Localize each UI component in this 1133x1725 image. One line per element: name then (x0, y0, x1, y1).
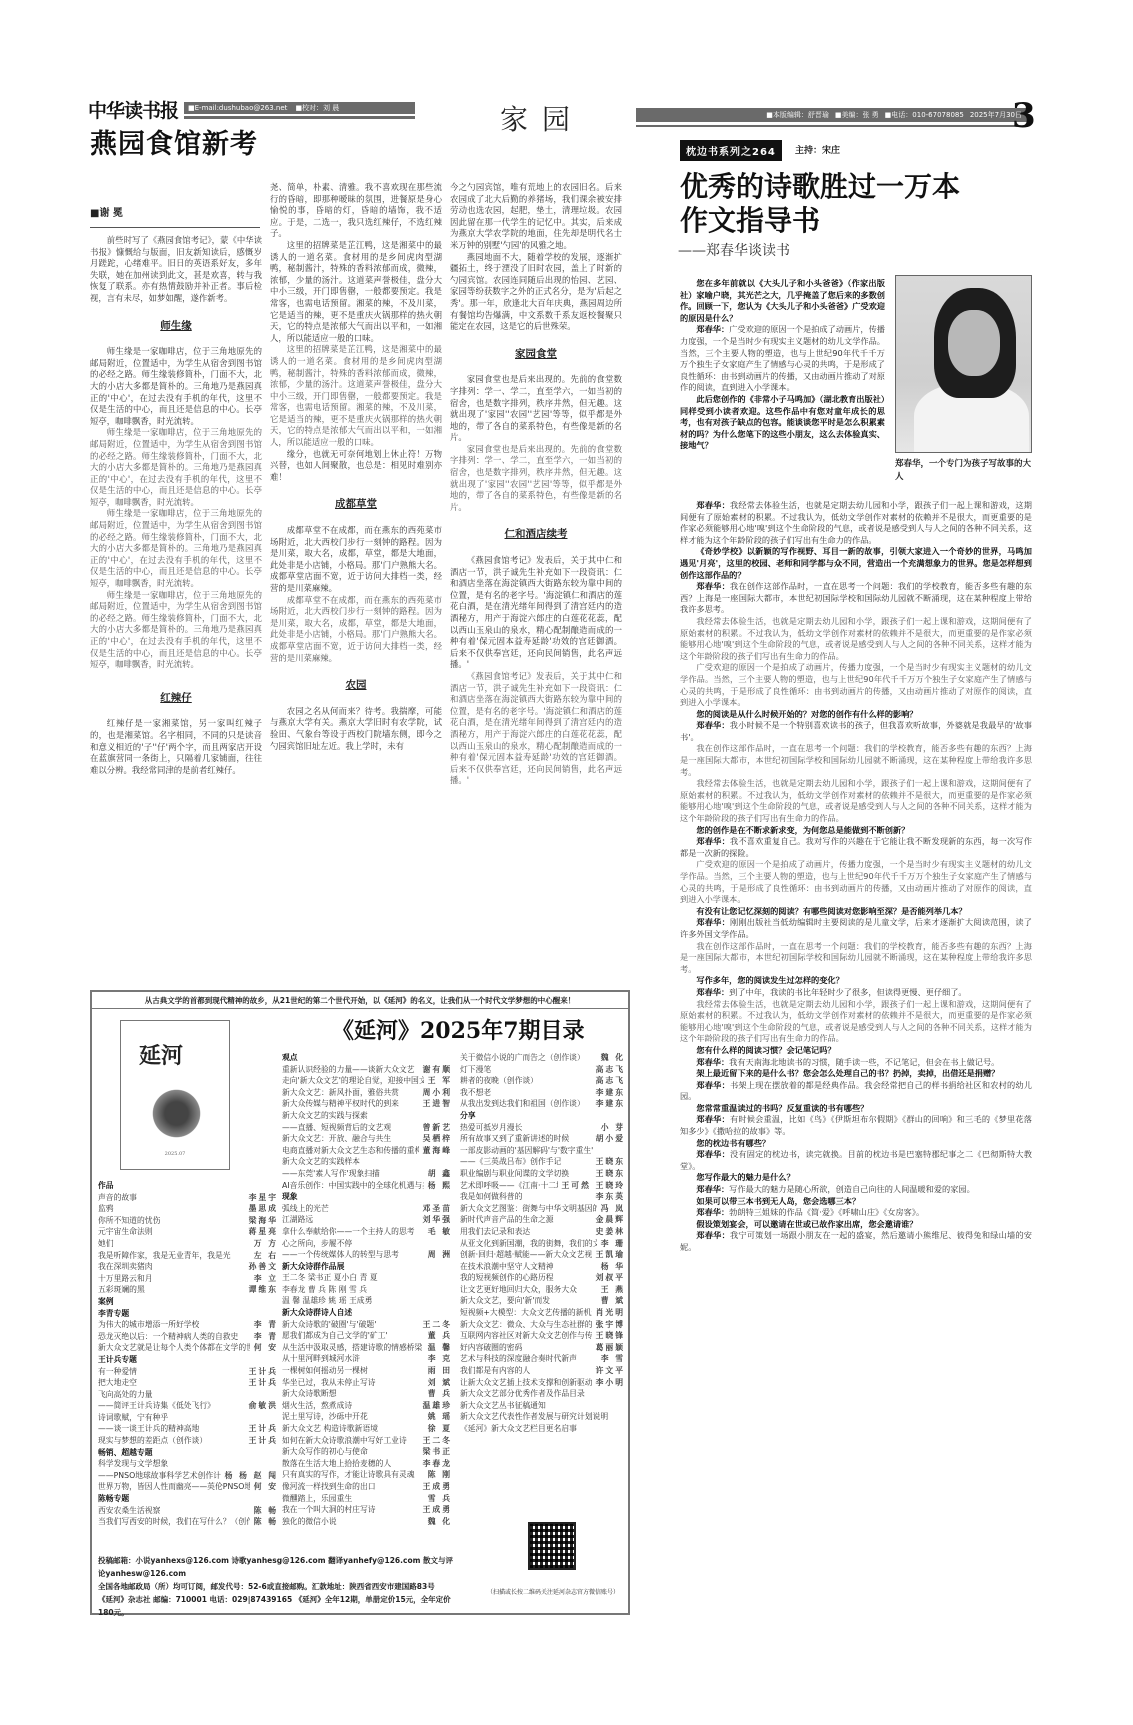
toc-entry-title: 心之所向，步履不停 (282, 1238, 352, 1250)
toc-entry: 她们万 方 (98, 1238, 278, 1250)
toc-entry-title: 职业编剧与职业间谍的文学切换 (460, 1168, 569, 1180)
toc-entry: 现实与梦想的差距点（创作谈）王计兵 (98, 1435, 278, 1447)
toc-entry-author: 王凯瑜 (596, 1249, 625, 1261)
toc-entry: 世界万物，皆因人性而幽亮——英伦PNSO地球故事文学视角的调查与思考何 安 (98, 1481, 278, 1493)
paragraph: 燕园地面不大，随着学校的发展，逐渐扩疆拓土，终于湮没了旧时农园，盖上了时新的勺园… (450, 252, 622, 333)
toc-entry-title: ——谈一谈王计兵的精神高地 (98, 1423, 199, 1435)
question: 您的创作是在不断求新求变，为何您总是能做到不断创新？ (680, 825, 1032, 837)
question: 您的枕边书有哪些？ (680, 1138, 1032, 1150)
toc-entry-title: 诗词歌赋，宁有种乎 (98, 1412, 168, 1424)
toc-entry-author: 王晓东 (596, 1168, 625, 1180)
question: 如果可以带三本书到无人岛，您会选哪三本？ (680, 1196, 1032, 1208)
toc-entry-author: 李 青 (254, 1319, 278, 1331)
paragraph: 师生缘是一家咖啡店，位于三角地原先的邮局附近，位置适中，为学生从宿舍到图书馆的必… (90, 427, 262, 508)
subscription-info: 全国各地邮政局（所）均可订阅，邮发代号：52-6或直接邮购。汇款地址：陕西省西安… (98, 1580, 458, 1593)
question: 此后您创作的《非常小子马鸣加》（湖北教育出版社）同样受到小读者欢迎。这些作品中有… (680, 394, 885, 452)
toc-entry-title: 监鸦 (98, 1203, 114, 1215)
toc-entry-title: 西安农桑生活视察 (98, 1505, 160, 1517)
paragraph: 成都草堂不在成都，而在燕东的西苑菜市场附近，北大西校门步行一刻钟的路程。因为是川… (270, 595, 442, 665)
toc-entry-title: 新大众文艺丛书征稿通知 (460, 1400, 546, 1412)
toc-entry: 艺术即呼吸——《江南·十二场欢聚》策划与随想王可然 王晓玲 (460, 1180, 625, 1192)
toc-entry-title: 从亚文化到新国潮，我的街舞，我们的文化突围 (460, 1238, 597, 1250)
toc-entry: 新大众文艺的实践样本 (282, 1156, 452, 1168)
toc-entry: ——PNSO地球故事科学艺术创作计划（2010—2070）进展叙事杨 杨 赵 闯 (98, 1470, 278, 1482)
toc-entry-title: 在技术浪潮中坚守人文精神 (460, 1261, 554, 1273)
toc-entry-author: 曾新艺 (423, 1122, 452, 1134)
toc-entry-title: 短视频+大模型：大众文艺传播的新机遇 (460, 1307, 592, 1319)
toc-entry: 让新大众文艺插上技术支撑和创新驱动的翅膀李小明 (460, 1377, 625, 1389)
toc-category: 现象 (282, 1191, 452, 1203)
toc-entry: 微醺踏上，乐园重生雪 兵 (282, 1493, 452, 1505)
toc-entry: 新大众文艺的实践与探索 (282, 1110, 452, 1122)
toc-entry: ——谈一谈王计兵的精神高地王计兵 (98, 1423, 278, 1435)
toc-entry-title: 灯下漫笔 (460, 1064, 491, 1076)
answer: 郑春华：我不喜欢重复自己。我对写作的兴趣在于它能让我不断发现新的东西，每一次写作… (680, 836, 1032, 859)
toc-entry: 愿我们都成为自己文学的'矿工'董 兵 (282, 1330, 452, 1342)
toc-entry-author: 何 安 (254, 1342, 278, 1354)
toc-entry-title: 艺术与科技的深度融合奏时代新声 (460, 1353, 577, 1365)
intro-paragraph: 前些时写了《燕园食馆考记》，蒙《中华读书报》慷慨给与版面，旧友新知读后，感慨岁月… (90, 235, 262, 305)
toc-entry-author: 冯 岚 (601, 1203, 625, 1215)
toc-entry: 新大众文艺，要向'新'而发曹 斌 (460, 1295, 625, 1307)
left-article-column-2: 尧、简单，朴素、清雅。我不喜欢现在那些流行的昏暗，即那种暧昧的氛围，进餐原是身心… (270, 182, 442, 977)
toc-entry: 新大众文艺代表性作者发展与研究计划说明 (460, 1411, 625, 1423)
magazine-logo: 延河 (139, 1039, 183, 1070)
contact-info: 《延河》杂志社 邮编：710001 电话：029|87439165 《延河》全年… (98, 1593, 458, 1619)
toc-entry: 诗词歌赋，宁有种乎 (98, 1412, 278, 1424)
toc-entry-title: 走向'新大众文艺'的理论自觉，迎接中国文艺的伟大复兴 (282, 1075, 424, 1087)
toc-entry-title: 李春龙 曹 兵 陈 刚 雪 兵 (282, 1284, 367, 1296)
toc-entry: 新大众文艺就是让每个人类个体都在文学的世界里闪闪发光何 安 (98, 1342, 278, 1354)
submission-emails: 投稿邮箱：小说yanhexs@126.com 诗歌yanhesg@126.com… (98, 1554, 458, 1580)
toc-entry-author: 杨 熙 (428, 1180, 452, 1192)
toc-category: 陈畅专题 (98, 1493, 278, 1505)
toc-entry-author: 王二冬 (423, 1435, 452, 1447)
toc-entry-title: 我是听障作家，我是无业青年，我是光 (98, 1250, 231, 1262)
toc-entry: ——一个传统媒体人的转型与思考周 洲 (282, 1249, 452, 1261)
toc-entry-title: ——PNSO地球故事科学艺术创作计划（2010—2070）进展叙事 (98, 1470, 221, 1482)
paragraph: 尧、简单，朴素、清雅。我不喜欢现在那些流行的昏暗，即那种暧昧的氛围，进餐原是身心… (270, 182, 442, 240)
toc-entry-author: 徐 夏 (428, 1423, 452, 1435)
paragraph: 家园食堂也是后来出现的。先前的食堂数字排列：学一、学二，直至学六，一如当初的宿舍… (450, 374, 622, 444)
toc-entry: 新大众写作的初心与使命梁书正 (282, 1446, 452, 1458)
toc-entry-author: 李春龙 (423, 1458, 452, 1470)
answer-continued: 我在创作这部作品时，一直在思考一个问题：我们的学校教育，能否多些有趣的东西？上海… (680, 941, 1032, 976)
toc-entry: ——东莞'素人写作'现象扫描胡 鑫 (282, 1168, 452, 1180)
toc-entry-title: 散落在生活大地上拾拾麦穗的人 (282, 1458, 391, 1470)
toc-entry: 热爱可抵岁月漫长小 芽 (460, 1122, 625, 1134)
toc-entry: 耕者的夜晚（创作谈）高志飞 (460, 1075, 625, 1087)
toc-entry: 新大众诗歌的'破圈'与'破题'王二冬 (282, 1319, 452, 1331)
toc-entry-title: ——直播、短视频背后的文艺观 (282, 1122, 391, 1134)
section-title: 家园 (500, 98, 584, 138)
toc-entry: 互联网内容社区对新大众文艺创作与传播的意义王晓锋 (460, 1330, 625, 1342)
toc-entry-title: 重新认识经验的力量——谈新大众文艺 (282, 1064, 415, 1076)
toc-entry-author: 陈 畅 (254, 1505, 278, 1517)
paragraph: 家园食堂也是后来出现的。先前的食堂数字排列：学一、学二，直至学六，一如当初的宿舍… (450, 444, 622, 514)
toc-entry: 你所不知道的忧伤梁海华 (98, 1215, 278, 1227)
question: 您写作最大的魅力是什么？ (680, 1172, 1032, 1184)
toc-entry-title: 用我们去记录和表达 (460, 1226, 530, 1238)
toc-entry-title: 电商直播对新大众文艺生态和传播的重构 (282, 1145, 419, 1157)
toc-entry-author: 吴栖梓 (423, 1133, 452, 1145)
question: 您有什么样的阅读习惯？会记笔记吗？ (680, 1045, 1032, 1057)
toc-entry: 西安农桑生活视察陈 畅 (98, 1505, 278, 1517)
question: 《奇妙学校》以新颖的写作视野、耳目一新的故事，引领大家进入一个奇妙的世界，马鸣加… (680, 546, 1032, 581)
phone-info: ■电话：010-67078085 (885, 110, 964, 120)
photo-caption: 郑春华，一个专门为孩子写故事的大人 (895, 458, 1035, 484)
toc-entry: 新大众文艺 构造诗歌新语境徐 夏 (282, 1423, 452, 1435)
qr-code-icon[interactable] (528, 1522, 576, 1570)
paragraph: 成都草堂不在成都，而在燕东的西苑菜市场附近，北大西校门步行一刻钟的路程。因为是川… (270, 525, 442, 595)
toc-entry: 新时代声音产品的生命之源金晨辉 (460, 1214, 625, 1226)
editor-info: ■本版编辑：舒晋瑜 (766, 110, 829, 120)
toc-entry-title: 温 馨 温雄珍 姚 瑶 王成勇 (282, 1295, 372, 1307)
toc-entry-author: 许文平 (596, 1365, 625, 1377)
toc-entry-author: 邓圣苗 (423, 1203, 452, 1215)
toc-entry: 新大众文艺图鉴：街舞与中华文明基因的对话冯 岚 (460, 1203, 625, 1215)
toc-entry-author: 姚 瑶 (428, 1411, 452, 1423)
toc-entry-author: 王 军 (428, 1075, 452, 1087)
toc-entry: 在技术浪潮中坚守人文精神杨 华 (460, 1261, 625, 1273)
left-article-byline: ■谢 冕 (90, 204, 260, 228)
toc-entry: 我是听障作家，我是无业青年，我是光左 右 (98, 1250, 278, 1262)
toc-entry-title: 元宇宙生命法则 (98, 1226, 153, 1238)
toc-entry-author: 王进智 (423, 1098, 452, 1110)
toc-entry-title: 她们 (98, 1238, 114, 1250)
toc-entry-title: AI音乐创作：中国实践中的全球化机遇与美学新范式 (282, 1180, 424, 1192)
toc-entry: 所有故事又到了重新讲述的时候胡小爱 (460, 1133, 625, 1145)
toc-entry-title: 新大众文艺的实践与探索 (282, 1110, 368, 1122)
toc-entry-author: 刘叔平 (596, 1272, 625, 1284)
masthead-info-bar-left: ■E-mail:dushubao@263.net ■校对：刘 晨 (184, 102, 415, 116)
toc-entry-title: 拿什么奉献给你——一个主持人的思考 (282, 1226, 415, 1238)
toc-entry-title: 烟火生活，熬煮成诗 (282, 1400, 352, 1412)
series-tag: 枕边书系列之264 (680, 140, 782, 161)
masthead-left: 中华读书报 ■E-mail:dushubao@263.net ■校对：刘 晨 (88, 98, 415, 120)
toc-entry: 我在一个叫大洞的村庄写诗王成勇 (282, 1504, 452, 1516)
question: 您常常重温读过的书吗？反复重读的书有哪些？ (680, 1103, 1032, 1115)
toc-entry-author: 高志飞 (596, 1064, 625, 1076)
toc-column-3: 关于微信小说的广而告之（创作谈）魏 化灯下漫笔高志飞耕者的夜晚（创作谈）高志飞我… (460, 1052, 625, 1435)
toc-entry-title: ——《三英战吕布》创作手记 (460, 1156, 561, 1168)
answer: 郑春华：写作最大的魅力是随心所欲，创造自己向往的人间温暖和爱的家园。 (680, 1184, 1032, 1196)
toc-entry-author: 肖光明 (596, 1307, 625, 1319)
paragraph: 红辣仔是一家湘菜馆，另一家叫红辣子的，也是湘菜馆。名字相同，不同的只是读音和意义… (90, 718, 262, 776)
toc-entry: 我们都是有内容的人许文平 (460, 1365, 625, 1377)
toc-entry-author: 陈 畅 (254, 1516, 278, 1528)
toc-entry-title: 让新大众文艺插上技术支撑和创新驱动的翅膀 (460, 1377, 592, 1389)
toc-entry-author: 李 青 (254, 1331, 278, 1343)
toc-entry-title: 从十里河畔到城河水浒 (282, 1353, 360, 1365)
speaker-label: 郑春华： (696, 324, 729, 334)
toc-entry-author: 王计兵 (249, 1423, 278, 1435)
toc-entry: 有一种爱情王计兵 (98, 1366, 278, 1378)
subhead-chengdu-caotang: 成都草堂 (270, 499, 442, 511)
toc-entry: 五彩斑斓的黑谭维东 (98, 1284, 278, 1296)
toc-entry-author: 杨 华 (601, 1261, 625, 1273)
toc-entry-author: 周 洲 (428, 1249, 452, 1261)
toc-entry: 灯下漫笔高志飞 (460, 1064, 625, 1076)
answer-continued: 广受欢迎的原因一个是拍成了动画片，传播力度强，一个是当时少有现实主义题材的幼儿文… (680, 662, 1032, 708)
toc-entry: 散落在生活大地上拾拾麦穗的人李春龙 (282, 1458, 452, 1470)
proofreader-info: ■校对：刘 晨 (295, 103, 339, 113)
toc-entry: 职业编剧与职业间谍的文学切换王晓东 (460, 1168, 625, 1180)
toc-entry-title: 为伟大的城市增添一所好学校 (98, 1319, 199, 1331)
toc-entry: 走向'新大众文艺'的理论自觉，迎接中国文艺的伟大复兴王 军 (282, 1075, 452, 1087)
subhead-nongyuan: 农园 (270, 680, 442, 692)
toc-entry-author: 小 芽 (601, 1122, 625, 1134)
question: 写作多年，您的阅读发生过怎样的变化？ (680, 975, 1032, 987)
toc-entry: 科学发现与文学想象 (98, 1458, 278, 1470)
answer: 郑春华：我有天南海北地读书的习惯，随手读一些，不记笔记，但会在书上做记号。 (680, 1057, 1032, 1069)
toc-entry: 电商直播对新大众文艺生态和传播的重构董海峰 (282, 1145, 452, 1157)
toc-entry: 为伟大的城市增添一所好学校李 青 (98, 1319, 278, 1331)
toc-entry-title: ——简评王计兵诗集《低处飞行》 (98, 1400, 215, 1412)
toc-entry-title: 世界万物，皆因人性而幽亮——英伦PNSO地球故事文学视角的调查与思考 (98, 1481, 250, 1493)
toc-entry: 新大众文艺部分优秀作者及作品目录 (460, 1388, 625, 1400)
answer: 郑春华：刚刚出版社当低幼编辑时主要阅读的是儿童文学，后来才逐渐扩大阅读范围，读了… (680, 917, 1032, 940)
toc-entry-author: 梁书正 (423, 1446, 452, 1458)
toc-category: 畅销、超越专题 (98, 1447, 278, 1459)
right-article-headline: 优秀的诗歌胜过一万本 作文指导书 (680, 170, 980, 238)
toc-entry-title: 声音的故事 (98, 1192, 137, 1204)
toc-entry: ——简评王计兵诗集《低处飞行》俞敏洪 (98, 1400, 278, 1412)
toc-entry-title: 让文艺更好地回归大众，服务大众 (460, 1284, 577, 1296)
toc-entry-author: 李建东 (596, 1098, 625, 1110)
toc-entry-author: 曹 斌 (601, 1295, 625, 1307)
toc-entry: 艺术与科技的深度融合奏时代新声李 雪 (460, 1353, 625, 1365)
toc-entry: 从生活中汲取灵感，搭建诗歌的情感桥梁温 馨 (282, 1342, 452, 1354)
toc-entry-title: 《延河》新大众文艺栏目更名启事 (460, 1423, 577, 1435)
toc-entry: 弧线上的光芒邓圣苗 (282, 1203, 452, 1215)
left-article-column-3: 今之勺园宾馆，唯有荒地上的农园旧名。后来农园成了北大后勤的养猪场，我们课余被安排… (450, 182, 622, 977)
headline-line-1: 优秀的诗歌胜过一万本 (680, 170, 960, 203)
toc-entry-author: 墨思成 (249, 1203, 278, 1215)
toc-entry: 像河流一样找到生命的出口王成勇 (282, 1481, 452, 1493)
toc-entry-author: 蒋星亮 (249, 1226, 278, 1238)
toc-entry-author: 李 珊 (601, 1238, 625, 1250)
toc-entry: 用我们去记录和表达史姜林 (460, 1226, 625, 1238)
toc-entry-author: 王晓锋 (596, 1330, 625, 1342)
toc-entry-author: 李建东 (596, 1087, 625, 1099)
paragraph: 师生缘是一家咖啡店，位于三角地原先的邮局附近，位置适中，为学生从宿舍到图书馆的必… (90, 590, 262, 671)
paragraph: 师生缘是一家咖啡店，位于三角地原先的邮局附近，位置适中，为学生从宿舍到图书馆的必… (90, 508, 262, 589)
toc-entry-title: 五彩斑斓的黑 (98, 1284, 145, 1296)
toc-entry: ——《三英战吕布》创作手记王晓东 (460, 1156, 625, 1168)
toc-entry-title: 新大众文艺：微众、大众与生态社群的转型 (460, 1319, 592, 1331)
ad-slogan: 从古典文学的首都到现代精神的故乡，从21世纪的第二个世代开始，以《延河》的名义，… (92, 995, 628, 1006)
question: 架上最近留下来的是什么书？您会怎么处理自己的书？扔掉，卖掉，出借还是捐赠？ (680, 1068, 1032, 1080)
toc-entry-author: 李小明 (596, 1377, 625, 1389)
answer: 郑春华：有时候会重温，比如《鸟》《伊斯坦布尔假期》《群山的回响》和三毛的《梦里花… (680, 1114, 1032, 1137)
question: 有没有让您记忆深刻的阅读？有哪些阅读对您影响至深？是否能列举几本？ (680, 906, 1032, 918)
answer: 郑春华：我在创作这部作品时，一直在思考一个问题：我们的学校教育，能否多些有趣的东… (680, 581, 1032, 616)
toc-entry-author: 王计兵 (249, 1366, 278, 1378)
answer: 郑春华：书架上现在摆放着的都是经典作品。我会经常把自己的样书捐给社区和农村的幼儿… (680, 1080, 1032, 1103)
toc-entry: 如何在新大众诗歌浪潮中写好工业诗王二冬 (282, 1435, 452, 1447)
masthead-info-bar-right: ■本版编辑：舒晋瑜 ■美编：张 勇 ■电话：010-67078085 2025年… (636, 108, 1028, 122)
paragraph: 《燕园食馆考记》发表后，关于其中仁和酒店一节，洪子诚先生补充如下一段资讯：仁和酒… (450, 671, 622, 787)
toc-entry-title: 新大众诗歌断想 (282, 1388, 337, 1400)
toc-entry: 新大众文艺：开放、融合与共生吴栖梓 (282, 1133, 452, 1145)
toc-category: 观点 (282, 1052, 452, 1064)
toc-entry-author: 雪 兵 (428, 1493, 452, 1505)
toc-entry-title: 王二冬 梁书正 夏小白 青 夏 (282, 1272, 378, 1284)
toc-column-1: 作品声音的故事李星宇监鸦墨思成你所不知道的忧伤梁海华元宇宙生命法则蒋星亮她们万 … (98, 1180, 278, 1528)
author-portrait-photo (895, 275, 1032, 453)
toc-entry-author: 温 馨 (428, 1342, 452, 1354)
answer: 郑春华：勃朗特三姐妹的作品《简·爱》《呼啸山庄》《女房客》。 (680, 1207, 1032, 1219)
toc-entry-author: 李东英 (596, 1191, 625, 1203)
answer-continued: 我经常去体验生活，也就是定期去幼儿园和小学，跟孩子们一起上课和游戏，这期间便有了… (680, 616, 1032, 662)
toc-entry: 从十里河畔到城河水浒李 克 (282, 1353, 452, 1365)
toc-entry-title: 恐龙灭绝以后：一个精神病人类的自救史 (98, 1331, 238, 1343)
paragraph: 今之勺园宾馆，唯有荒地上的农园旧名。后来农园成了北大后勤的养猪场，我们课余被安排… (450, 182, 622, 252)
art-editor-info: ■美编：张 勇 (835, 110, 879, 120)
toc-entry: 新大众文艺：微众、大众与生态社群的转型张宇博 (460, 1319, 625, 1331)
page-number: 3 (1012, 96, 1036, 136)
answer: 郑春华：到了中年，我读的书比年轻时少了很多，但读得更慢、更仔细了。 (680, 987, 1032, 999)
toc-entry: 烟火生活，熬煮成诗温雄珍 (282, 1400, 452, 1412)
answer: 郑春华：广受欢迎的原因一个是拍成了动画片，传播力度强，一个是当时少有现实主义题材… (680, 324, 885, 394)
toc-entry-author: 史姜林 (596, 1226, 625, 1238)
magazine-cover-image: 延河 2025.07 (120, 1020, 230, 1170)
toc-category: 分享 (460, 1110, 625, 1122)
toc-entry: 从亚文化到新国潮，我的街舞，我们的文化突围李 珊 (460, 1238, 625, 1250)
toc-entry: 恐龙灭绝以后：一个精神病人类的自救史李 青 (98, 1331, 278, 1343)
toc-entry: 华坐已过，我从未停止写诗刘 斌 (282, 1377, 452, 1389)
toc-entry-title: 新大众文艺 构造诗歌新语境 (282, 1423, 378, 1435)
answer: 郑春华：我小时候不是一个特别喜欢读书的孩子，但我喜欢听故事，外婆就是我最早的'故… (680, 720, 1032, 743)
answer: 郑春华：我宁可策划一场跟小朋友在一起的盛宴，然后邀请小熊维尼、彼得兔和绿山墙的安… (680, 1230, 1032, 1253)
toc-entry: 泥土里写诗，沙砾中开花姚 瑶 (282, 1411, 452, 1423)
toc-entry: 王二冬 梁书正 夏小白 青 夏 (282, 1272, 452, 1284)
toc-entry-title: 从我出发到达我们和祖国（创作谈） (460, 1098, 585, 1110)
toc-entry-author: 魏 化 (428, 1516, 452, 1528)
toc-entry: 我的短视频创作的心路历程刘叔平 (460, 1272, 625, 1284)
ad-divider (92, 1008, 628, 1009)
paragraph: 缘分，也就无可奈何地划上休止符！万物兴替，也如人间聚散，也总是：相见时难别亦难！ (270, 449, 442, 484)
toc-entry-title: ——东莞'素人写作'现象扫描 (282, 1168, 380, 1180)
question: 假设策划宴会，可以邀请在世或已故作家出席，您会邀请谁？ (680, 1219, 1032, 1231)
toc-entry-title: 我在一个叫大洞的村庄写诗 (282, 1504, 376, 1516)
toc-entry-author: 王二冬 (423, 1319, 452, 1331)
toc-entry-title: 从生活中汲取灵感，搭建诗歌的情感桥梁 (282, 1342, 422, 1354)
ad-title: 《延河》2025年7期目录 (332, 1014, 585, 1045)
toc-entry-title: 新大众文艺部分优秀作者及作品目录 (460, 1388, 585, 1400)
toc-entry-author: 刘华强 (423, 1214, 452, 1226)
toc-entry-title: 我是如何做科普的 (460, 1191, 522, 1203)
answer-continued: 我经常去体验生活，也就是定期去幼儿园和小学，跟孩子们一起上课和游戏，这期间便有了… (680, 778, 1032, 824)
toc-entry-author: 梁海华 (249, 1215, 278, 1227)
newspaper-logo: 中华读书报 (88, 96, 178, 123)
toc-entry-title: 独化的微信小说 (282, 1516, 337, 1528)
subhead-renhe-jiudian: 仁和酒店续考 (450, 529, 622, 541)
toc-entry-author: 王可然 王晓玲 (562, 1180, 626, 1192)
toc-entry: AI音乐创作：中国实践中的全球化机遇与美学新范式杨 熙 (282, 1180, 452, 1192)
toc-entry-author: 刘 斌 (428, 1377, 452, 1389)
toc-entry-author: 雨 田 (428, 1365, 452, 1377)
toc-entry-author: 王计兵 (249, 1435, 278, 1447)
toc-entry-author: 左 右 (254, 1250, 278, 1262)
toc-entry: 李春龙 曹 兵 陈 刚 雪 兵 (282, 1284, 452, 1296)
toc-entry-title: 所有故事又到了重新讲述的时候 (460, 1133, 569, 1145)
toc-entry-title: 现实与梦想的差距点（创作谈） (98, 1435, 207, 1447)
toc-entry: 新大众诗歌断想曹 兵 (282, 1388, 452, 1400)
toc-entry-title: 我的短视频创作的心路历程 (460, 1272, 554, 1284)
toc-entry-title: 一棵树如何摇动另一棵树 (282, 1365, 368, 1377)
toc-entry: 十万里路云和月李 立 (98, 1273, 278, 1285)
subhead-shishengyuan: 师生缘 (90, 321, 262, 333)
toc-entry-title: 新大众文艺图鉴：街舞与中华文明基因的对话 (460, 1203, 597, 1215)
toc-entry-title: 有一种爱情 (98, 1366, 137, 1378)
toc-entry: 声音的故事李星宇 (98, 1192, 278, 1204)
toc-entry: 我是如何做科普的李东英 (460, 1191, 625, 1203)
toc-entry-author: 毛 敏 (428, 1226, 452, 1238)
toc-entry-author: 杨 杨 赵 闯 (225, 1470, 278, 1482)
toc-entry-author: 王成勇 (423, 1481, 452, 1493)
toc-entry: 短视频+大模型：大众文艺传播的新机遇肖光明 (460, 1307, 625, 1319)
toc-entry-title: 愿我们都成为自己文学的'矿工' (282, 1330, 388, 1342)
toc-entry-title: 创新·回归·超越·赋能——新大众文艺视域下的听视的发展实践与思考 (460, 1249, 592, 1261)
toc-entry-title: 互联网内容社区对新大众文艺创作与传播的意义 (460, 1330, 592, 1342)
toc-entry-author: 曹 兵 (428, 1388, 452, 1400)
toc-entry-title: 新大众文艺：开放、融合与共生 (282, 1133, 391, 1145)
toc-entry: 当我们写西安的时候，我们在写什么？（创作谈）陈 畅 (98, 1516, 278, 1528)
toc-entry-title: 我在深圳卖猪肉 (98, 1261, 153, 1273)
toc-entry-author: 周小利 (423, 1087, 452, 1099)
toc-category: 作品 (98, 1180, 278, 1192)
toc-entry-author: 王成勇 (423, 1504, 452, 1516)
toc-entry: ——直播、短视频背后的文艺观曾新艺 (282, 1122, 452, 1134)
toc-entry: 新大众文艺：新风扑面，雅俗共赏周小利 (282, 1087, 452, 1099)
toc-entry: 飞向高处的力量 (98, 1389, 278, 1401)
toc-entry: 《延河》新大众文艺栏目更名启事 (460, 1423, 625, 1435)
toc-entry-title: 新大众文艺代表性作者发展与研究计划说明 (460, 1411, 608, 1423)
question: 您的阅读是从什么时候开始的？对您的创作有什么样的影响？ (680, 709, 1032, 721)
toc-entry-title: 关于微信小说的广而告之（创作谈） (460, 1052, 585, 1064)
email-info: ■E-mail:dushubao@263.net (188, 104, 287, 112)
toc-category: 案例 (98, 1296, 278, 1308)
toc-entry: 创新·回归·超越·赋能——新大众文艺视域下的听视的发展实践与思考王凯瑜 (460, 1249, 625, 1261)
toc-entry-title: 江湖路远 (282, 1214, 313, 1226)
answer: 郑春华：没有固定的枕边书，读完就换。目前的枕边书是巴塞特郡纪事之二《巴彻斯特大教… (680, 1149, 1032, 1172)
toc-entry-title: 只有真实的写作，才能让诗歌具有灵魂 (282, 1469, 415, 1481)
toc-entry-title: 新大众传媒与精神平权时代的到来 (282, 1098, 399, 1110)
toc-entry: 元宇宙生命法则蒋星亮 (98, 1226, 278, 1238)
toc-entry: 重新认识经验的力量——谈新大众文艺谢有顺 (282, 1064, 452, 1076)
toc-entry-title: 我们都是有内容的人 (460, 1365, 530, 1377)
toc-entry-title: 十万里路云和月 (98, 1273, 153, 1285)
toc-category: 王计兵专题 (98, 1354, 278, 1366)
toc-entry-author: 李 克 (428, 1353, 452, 1365)
toc-entry-author: 高志飞 (596, 1075, 625, 1087)
toc-entry-author: 谭维东 (249, 1284, 278, 1296)
left-article-headline: 燕园食馆新考 (90, 122, 258, 161)
toc-entry-title: 微醺踏上，乐园重生 (282, 1493, 352, 1505)
toc-entry-title: 泥土里写诗，沙砾中开花 (282, 1411, 368, 1423)
toc-entry: 好内容破圈的密码葛丽颖 (460, 1342, 625, 1354)
paragraph: 这里的招牌菜是芷江鸭，这是湘菜中的最诱人的一道名菜。食材用的是乡间虎肉型湖鸭，秘… (270, 344, 442, 448)
toc-entry-author: 李星宇 (249, 1192, 278, 1204)
toc-entry-title: 新时代声音产品的生命之源 (460, 1214, 554, 1226)
toc-entry-title: 新大众文艺，要向'新'而发 (460, 1295, 550, 1307)
bronze-emblem-icon (149, 1086, 204, 1141)
toc-entry-author: 孙善文 (249, 1261, 278, 1273)
toc-entry: 让文艺更好地回归大众，服务大众王 燕 (460, 1284, 625, 1296)
paragraph: 这里的招牌菜是芷江鸭，这是湘菜中的最诱人的一道名菜。食材用的是乡间虎肉型湖鸭，秘… (270, 240, 442, 344)
